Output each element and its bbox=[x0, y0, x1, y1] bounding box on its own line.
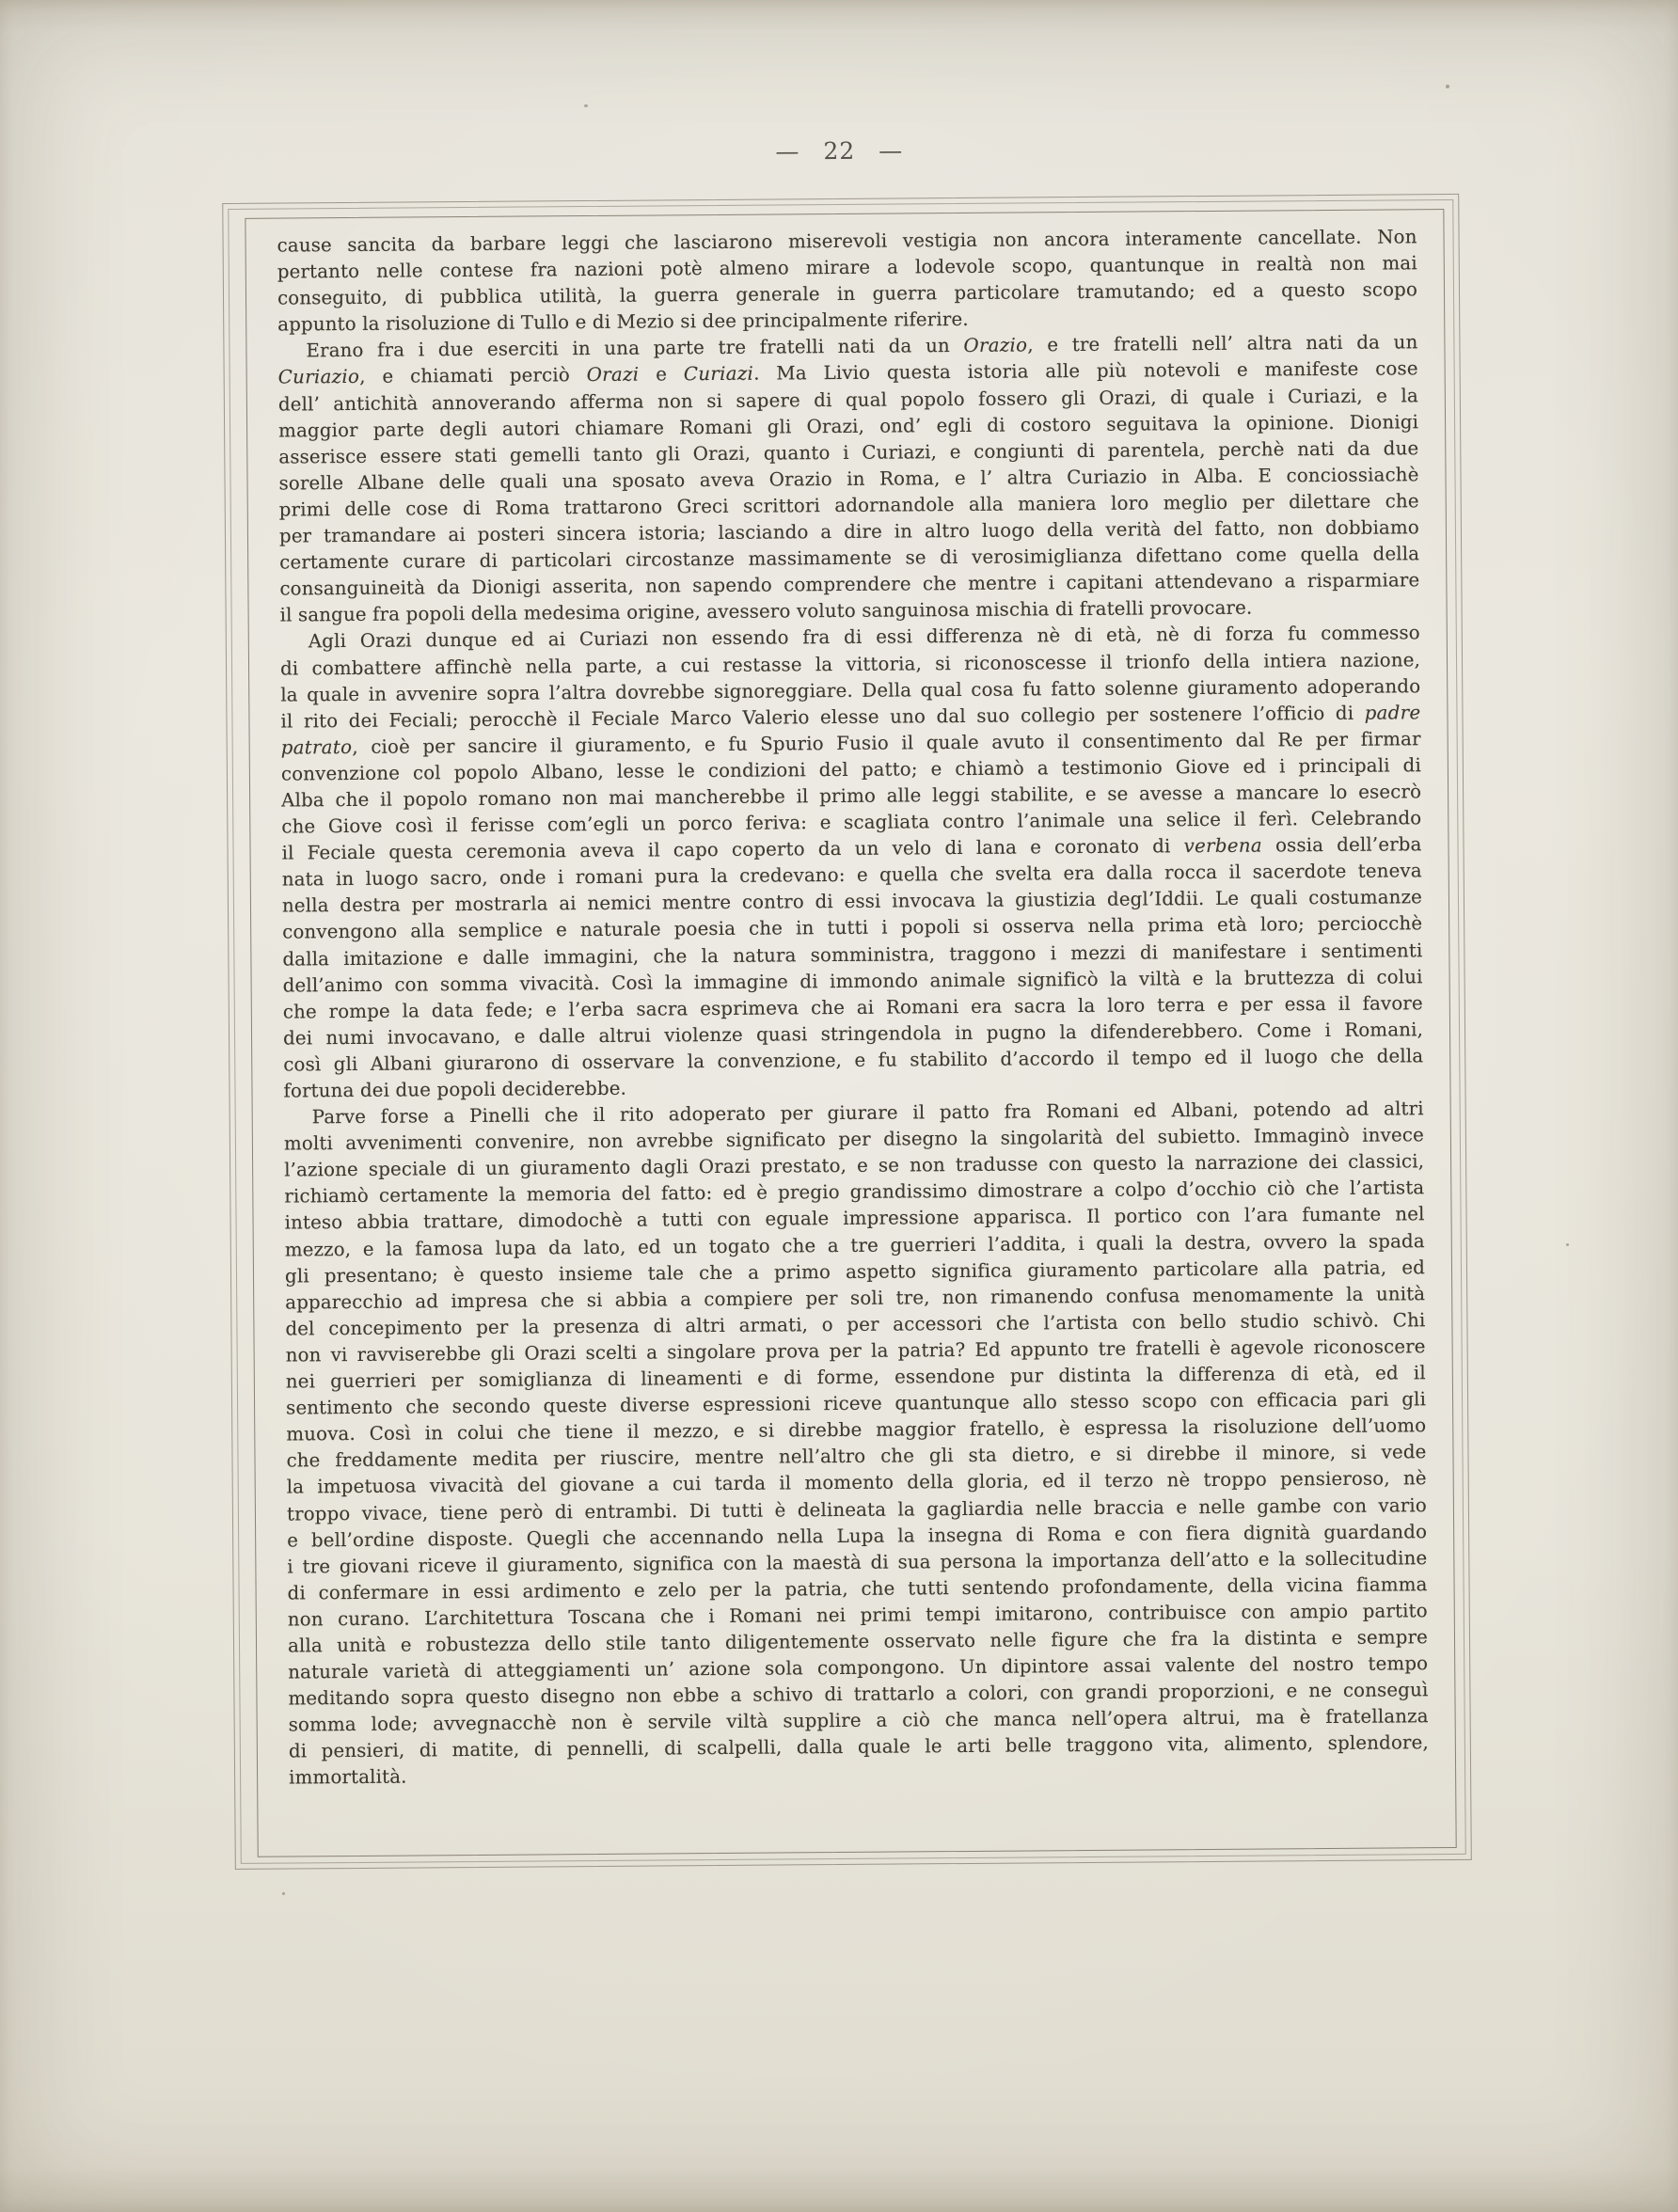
paragraph: Parve forse a Pinelli che il rito adoper… bbox=[284, 1096, 1430, 1792]
foxing-speck bbox=[584, 104, 588, 107]
foxing-speck bbox=[1446, 85, 1449, 88]
pencil-smudge: ·‐ ·· ‐ ‐· bbox=[1018, 1669, 1092, 1688]
page-sheet: — 22 — cause sancita da barbare leggi ch… bbox=[0, 0, 1678, 2212]
printed-area: — 22 — cause sancita da barbare leggi ch… bbox=[0, 0, 1678, 2212]
foxing-speck bbox=[282, 1892, 285, 1895]
text-block: cause sancita da barbare leggi che lasci… bbox=[277, 224, 1429, 1792]
folio-page-number: — 22 — bbox=[222, 133, 1457, 169]
paragraph: Erano fra i due eserciti in una parte tr… bbox=[277, 330, 1419, 629]
paragraph: cause sancita da barbare leggi che lasci… bbox=[277, 224, 1417, 339]
paragraph: Agli Orazi dunque ed ai Curiazi non esse… bbox=[280, 621, 1424, 1105]
foxing-speck bbox=[1566, 1243, 1569, 1246]
pencil-smudge: ‐· ·‐‐ · bbox=[1068, 1706, 1127, 1723]
